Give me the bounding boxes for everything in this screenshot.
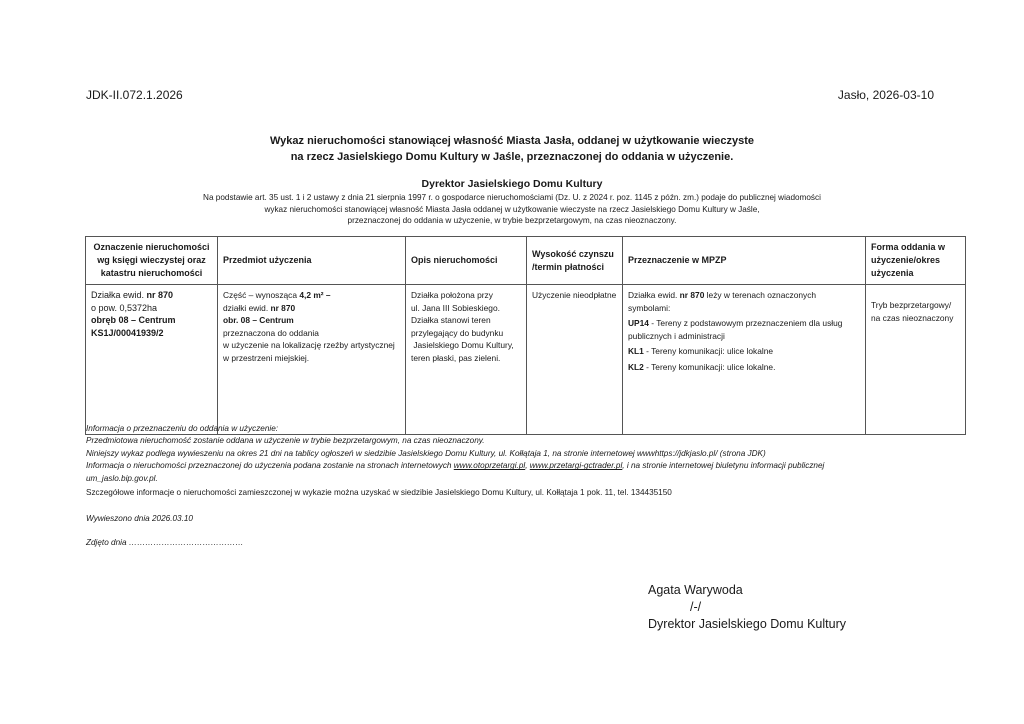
subject-line: w użyczenie na lokalizację rzeźby artyst… bbox=[223, 339, 400, 352]
header-mpzp: Przeznaczenie w MPZP bbox=[623, 237, 866, 285]
note-bip: um_jaslo.bip.gov.pl. bbox=[86, 473, 966, 485]
document-reference: JDK-II.072.1.2026 bbox=[86, 88, 183, 102]
mpzp-zone-up14: UP14 - Tereny z podstawowym przeznaczeni… bbox=[628, 317, 860, 342]
note-publication-suffix: , i na stronie internetowej biuletynu in… bbox=[622, 461, 824, 470]
mpzp-parcel-number: nr 870 bbox=[680, 290, 705, 300]
header-subject: Przedmiot użyczenia bbox=[218, 237, 406, 285]
subject-parcel-label: działki ewid. bbox=[223, 303, 270, 313]
document-title: Wykaz nieruchomości stanowiącej własność… bbox=[0, 133, 1024, 165]
cell-designation: Działka ewid. nr 870 o pow. 0,5372ha obr… bbox=[86, 285, 218, 435]
subject-line: działki ewid. nr 870 bbox=[223, 302, 400, 315]
zone-text: - Tereny z podstawowym przeznaczeniem dl… bbox=[628, 318, 842, 341]
note-heading: Informacja o przeznaczeniu do oddania w … bbox=[86, 423, 966, 435]
form-line: na czas nieoznaczony bbox=[871, 312, 960, 325]
description-line: Jasielskiego Domu Kultury, bbox=[411, 339, 521, 352]
cell-mpzp: Działka ewid. nr 870 leży w terenach ozn… bbox=[623, 285, 866, 435]
title-line-1: Wykaz nieruchomości stanowiącej własność… bbox=[0, 133, 1024, 149]
subject-line: przeznaczona do oddania bbox=[223, 327, 400, 340]
zone-code: KL2 bbox=[628, 362, 644, 372]
subject-precinct: obr. 08 – Centrum bbox=[223, 314, 400, 327]
basis-line-2: wykaz nieruchomości stanowiącej własność… bbox=[0, 204, 1024, 216]
cell-subject: Część – wynosząca 4,2 m² – działki ewid.… bbox=[218, 285, 406, 435]
note-publication: Informacja o nieruchomości przeznaczonej… bbox=[86, 460, 966, 472]
note-posting: Niniejszy wykaz podlega wywieszeniu na o… bbox=[86, 448, 966, 460]
table-row: Działka ewid. nr 870 o pow. 0,5372ha obr… bbox=[86, 285, 966, 435]
description-line: ul. Jana III Sobieskiego. bbox=[411, 302, 521, 315]
posted-date: Wywieszono dnia 2026.03.10 bbox=[86, 514, 193, 523]
subject-line: Część – wynosząca 4,2 m² – bbox=[223, 289, 400, 302]
description-line: Działka położona przy bbox=[411, 289, 521, 302]
description-line: Działka stanowi teren bbox=[411, 314, 521, 327]
link-przetargi-gctrader[interactable]: www.przetargi-gctrader.pl bbox=[530, 461, 623, 470]
mpzp-zone-kl1: KL1 - Tereny komunikacji: ulice lokalne bbox=[628, 345, 860, 358]
link-otoprzetargi[interactable]: www.otoprzetargi.pl bbox=[454, 461, 525, 470]
form-line: Tryb bezprzetargowy/ bbox=[871, 299, 960, 312]
signature-block: Agata Warywoda /-/ Dyrektor Jasielskiego… bbox=[648, 582, 846, 633]
subject-area: 4,2 m² – bbox=[299, 290, 330, 300]
designation-land-register: KS1J/00041939/2 bbox=[91, 327, 212, 340]
signatory-name: Agata Warywoda bbox=[648, 582, 846, 599]
note-mode: Przedmiotowa nieruchomość zostanie oddan… bbox=[86, 435, 966, 447]
zone-text: - Tereny komunikacji: ulice lokalne. bbox=[644, 362, 776, 372]
designation-line: Działka ewid. nr 870 bbox=[91, 289, 212, 302]
description-line: teren płaski, pas zieleni. bbox=[411, 352, 521, 365]
zone-code: KL1 bbox=[628, 346, 644, 356]
subject-line: w przestrzeni miejskiej. bbox=[223, 352, 400, 365]
cell-description: Działka położona przy ul. Jana III Sobie… bbox=[406, 285, 527, 435]
property-table: Oznaczenie nieruchomości wg księgi wiecz… bbox=[85, 236, 966, 435]
header-description: Opis nieruchomości bbox=[406, 237, 527, 285]
legal-basis: Na podstawie art. 35 ust. 1 i 2 ustawy z… bbox=[0, 192, 1024, 227]
cell-form: Tryb bezprzetargowy/ na czas nieoznaczon… bbox=[866, 285, 966, 435]
mpzp-parcel-label: Działka ewid. bbox=[628, 290, 680, 300]
note-publication-text: Informacja o nieruchomości przeznaczonej… bbox=[86, 461, 454, 470]
place-date: Jasło, 2026-03-10 bbox=[838, 88, 934, 102]
note-details: Szczegółowe informacje o nieruchomości z… bbox=[86, 487, 966, 499]
issuer: Dyrektor Jasielskiego Domu Kultury bbox=[0, 178, 1024, 190]
basis-line-1: Na podstawie art. 35 ust. 1 i 2 ustawy z… bbox=[0, 192, 1024, 204]
basis-line-3: przeznaczonej do oddania w użyczenie, w … bbox=[0, 215, 1024, 227]
cell-rent: Użyczenie nieodpłatne bbox=[527, 285, 623, 435]
title-line-2: na rzecz Jasielskiego Domu Kultury w Jaś… bbox=[0, 149, 1024, 165]
signatory-position: Dyrektor Jasielskiego Domu Kultury bbox=[648, 616, 846, 633]
designation-parcel-label: Działka ewid. bbox=[91, 290, 147, 300]
zone-text: - Tereny komunikacji: ulice lokalne bbox=[644, 346, 773, 356]
table-header-row: Oznaczenie nieruchomości wg księgi wiecz… bbox=[86, 237, 966, 285]
notes-section: Informacja o przeznaczeniu do oddania w … bbox=[86, 423, 966, 499]
subject-part-label: Część – wynosząca bbox=[223, 290, 299, 300]
designation-precinct: obręb 08 – Centrum bbox=[91, 314, 212, 327]
header-rent: Wysokość czynszu /termin płatności bbox=[527, 237, 623, 285]
description-line: przylegający do budynku bbox=[411, 327, 521, 340]
zone-code: UP14 bbox=[628, 318, 649, 328]
signature-mark: /-/ bbox=[648, 599, 846, 616]
designation-area: o pow. 0,5372ha bbox=[91, 302, 212, 315]
removed-date: Zdjęto dnia …………………………………… bbox=[86, 538, 243, 547]
header-designation: Oznaczenie nieruchomości wg księgi wiecz… bbox=[86, 237, 218, 285]
header-form: Forma oddania w użyczenie/okres użyczeni… bbox=[866, 237, 966, 285]
mpzp-zone-kl2: KL2 - Tereny komunikacji: ulice lokalne. bbox=[628, 361, 860, 374]
subject-parcel-number: nr 870 bbox=[270, 303, 295, 313]
designation-parcel-number: nr 870 bbox=[147, 290, 174, 300]
mpzp-intro: Działka ewid. nr 870 leży w terenach ozn… bbox=[628, 289, 860, 314]
